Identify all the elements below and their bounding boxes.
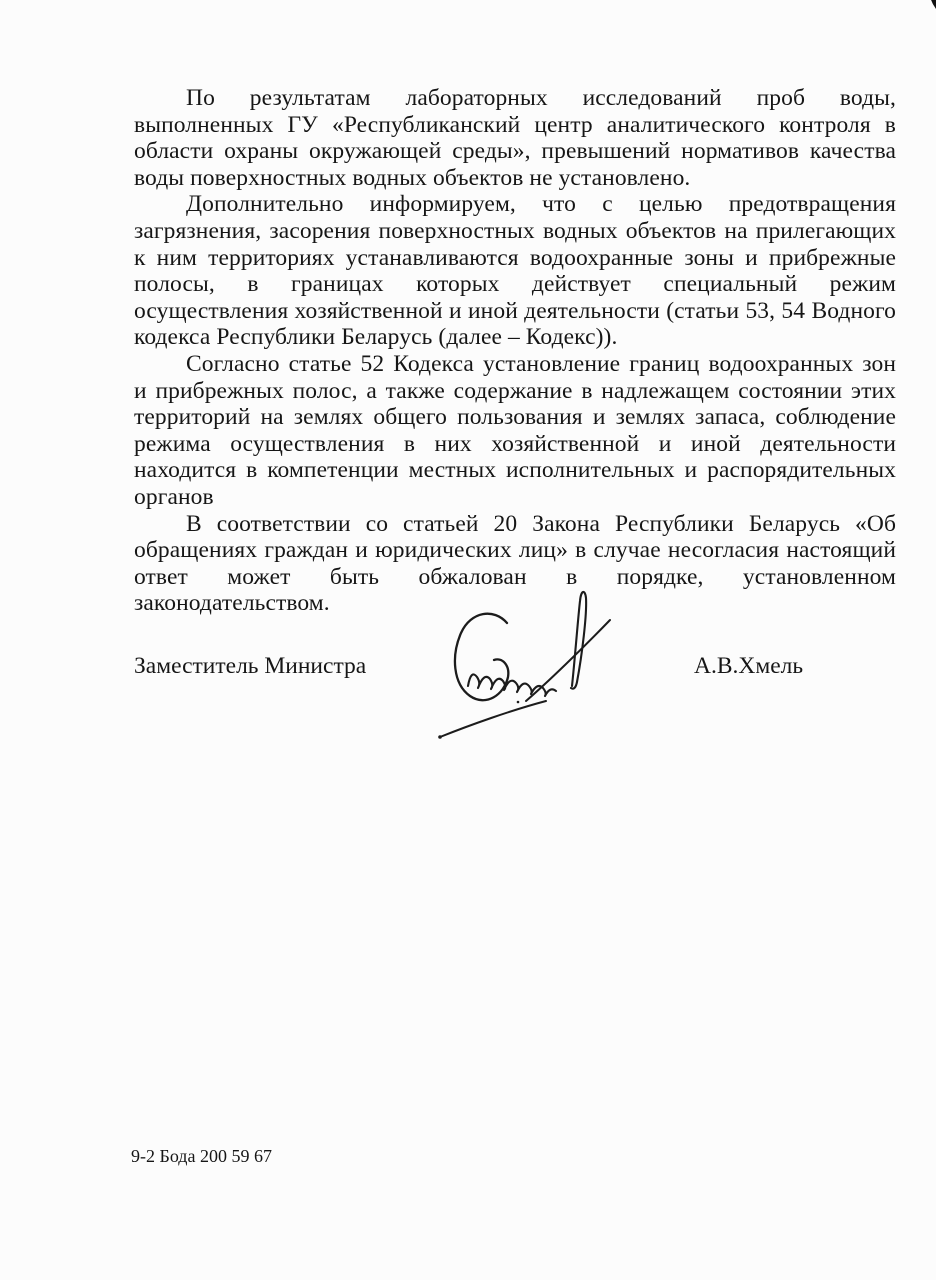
letter-line: области охраны окружающей среды», превыш…	[134, 138, 896, 165]
letter-line: В соответствии со статьей 20 Закона Респ…	[134, 511, 896, 538]
letter-line: осуществления хозяйственной и иной деяте…	[134, 298, 896, 325]
signature-ink-svg	[430, 583, 630, 748]
signatory-name: А.В.Хмель	[694, 653, 803, 680]
letter-line: органов	[134, 484, 896, 511]
letter-line: территорий на землях общего пользования …	[134, 404, 896, 431]
letter-line: загрязнения, засорения поверхностных вод…	[134, 218, 896, 245]
letter-line: Дополнительно информируем, что с целью п…	[134, 191, 896, 218]
letter-line: Согласно статье 52 Кодекса установление …	[134, 351, 896, 378]
scan-corner-artifact	[929, 0, 936, 9]
letter-line: воды поверхностных водных объектов не ус…	[134, 165, 896, 192]
letter-line: находится в компетенции местных исполнит…	[134, 457, 896, 484]
scanned-letter-page: По результатам лабораторных исследований…	[0, 0, 936, 1280]
letter-line: обращениях граждан и юридических лиц» в …	[134, 537, 896, 564]
letter-line: полосы, в границах которых действует спе…	[134, 271, 896, 298]
executor-reference: 9-2 Бода 200 59 67	[131, 1146, 272, 1166]
signer-position-title: Заместитель Министра	[134, 653, 366, 680]
letter-line: выполненных ГУ «Республиканский центр ан…	[134, 112, 896, 139]
letter-line: режима осуществления в них хозяйственной…	[134, 431, 896, 458]
letter-line: кодекса Республики Беларусь (далее – Код…	[134, 324, 896, 351]
letter-line: к ним территориях устанавливаются водоох…	[134, 245, 896, 272]
handwritten-signature	[430, 583, 630, 748]
letter-body: По результатам лабораторных исследований…	[134, 85, 896, 617]
letter-line: и прибрежных полос, а также содержание в…	[134, 378, 896, 405]
letter-line: По результатам лабораторных исследований…	[134, 85, 896, 112]
